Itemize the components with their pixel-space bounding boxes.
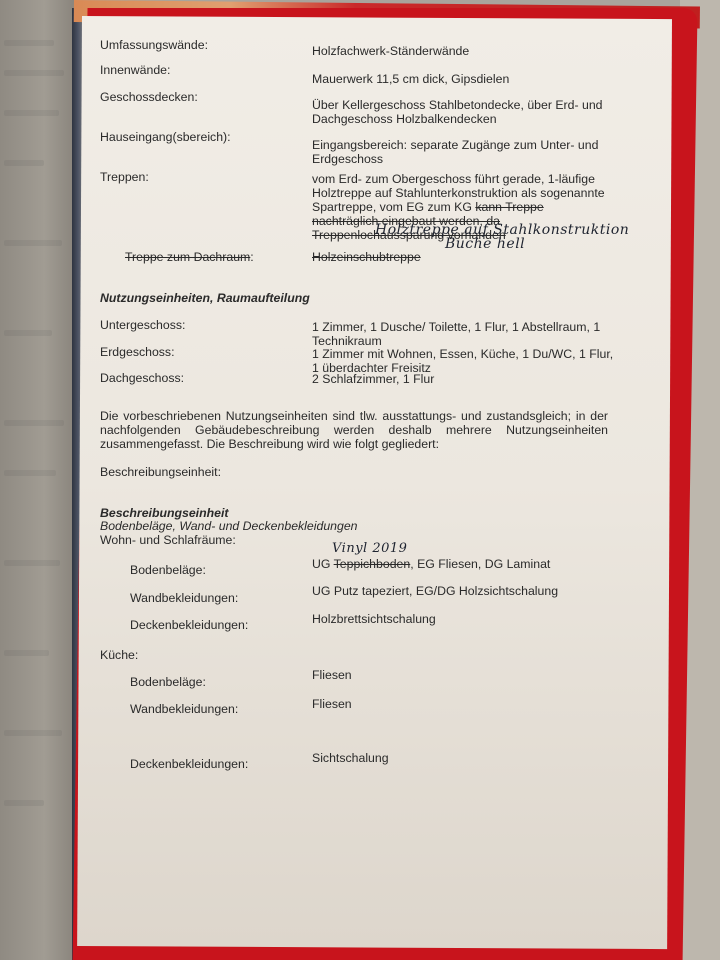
handwritten-annotation: Vinyl 2019: [332, 541, 407, 556]
kueche-boden-value: Fliesen: [312, 668, 352, 682]
description-paragraph: Die vorbeschriebenen Nutzungseinheiten s…: [100, 409, 608, 451]
section-title-einheit: Beschreibungseinheit: [100, 506, 228, 520]
wohn-decke-label: Deckenbekleidungen:: [130, 618, 248, 632]
wohn-heading: Wohn- und Schlafräume:: [100, 533, 236, 547]
wohn-boden-value: UG Teppichboden, EG Fliesen, DG Laminat: [312, 557, 550, 571]
field-label: Erdgeschoss:: [100, 345, 175, 359]
field-label: Umfassungswände:: [100, 38, 208, 52]
field-label: Untergeschoss:: [100, 318, 185, 332]
field-value: Holzeinschubtreppe: [312, 250, 617, 264]
treppen-text: vom Erd- zum Obergeschoss führt gerade, …: [312, 172, 605, 214]
wohn-decke-value: Holzbrettsichtschalung: [312, 612, 436, 626]
field-value: Holzfachwerk-Ständerwände: [312, 44, 617, 58]
kueche-boden-label: Bodenbeläge:: [130, 675, 206, 689]
wohn-boden-label: Bodenbeläge:: [130, 563, 206, 577]
beschreibungseinheit-label: Beschreibungseinheit:: [100, 465, 221, 479]
wohn-wand-value: UG Putz tapeziert, EG/DG Holzsichtschalu…: [312, 584, 558, 598]
field-value: Über Kellergeschoss Stahlbetondecke, übe…: [312, 98, 617, 126]
field-value: Eingangsbereich: separate Zugänge zum Un…: [312, 138, 617, 166]
field-label: Innenwände:: [100, 63, 170, 77]
field-value: Mauerwerk 11,5 cm dick, Gipsdielen: [312, 72, 617, 86]
field-label: Treppe zum Dachraum:: [125, 250, 254, 264]
field-label: Treppen:: [100, 170, 149, 184]
field-value: 1 Zimmer, 1 Dusche/ Toilette, 1 Flur, 1 …: [312, 320, 617, 348]
kueche-heading: Küche:: [100, 648, 138, 662]
field-label: Hauseingang(sbereich):: [100, 130, 231, 144]
field-value: 1 Zimmer mit Wohnen, Essen, Küche, 1 Du/…: [312, 347, 622, 375]
field-label: Geschossdecken:: [100, 90, 198, 104]
section-title-nutzung: Nutzungseinheiten, Raumaufteilung: [100, 291, 310, 305]
kueche-wand-label: Wandbekleidungen:: [130, 702, 238, 716]
document-content: Umfassungswände: Holzfachwerk-Ständerwän…: [100, 0, 660, 960]
kueche-wand-value: Fliesen: [312, 697, 352, 711]
section-subtitle: Bodenbeläge, Wand- und Deckenbekleidunge…: [100, 519, 358, 533]
left-facing-page: [0, 0, 74, 960]
field-label: Dachgeschoss:: [100, 371, 184, 385]
field-value: 2 Schlafzimmer, 1 Flur: [312, 372, 617, 386]
wohn-wand-label: Wandbekleidungen:: [130, 591, 238, 605]
kueche-decke-label: Deckenbekleidungen:: [130, 757, 248, 771]
kueche-decke-value: Sichtschalung: [312, 751, 389, 765]
